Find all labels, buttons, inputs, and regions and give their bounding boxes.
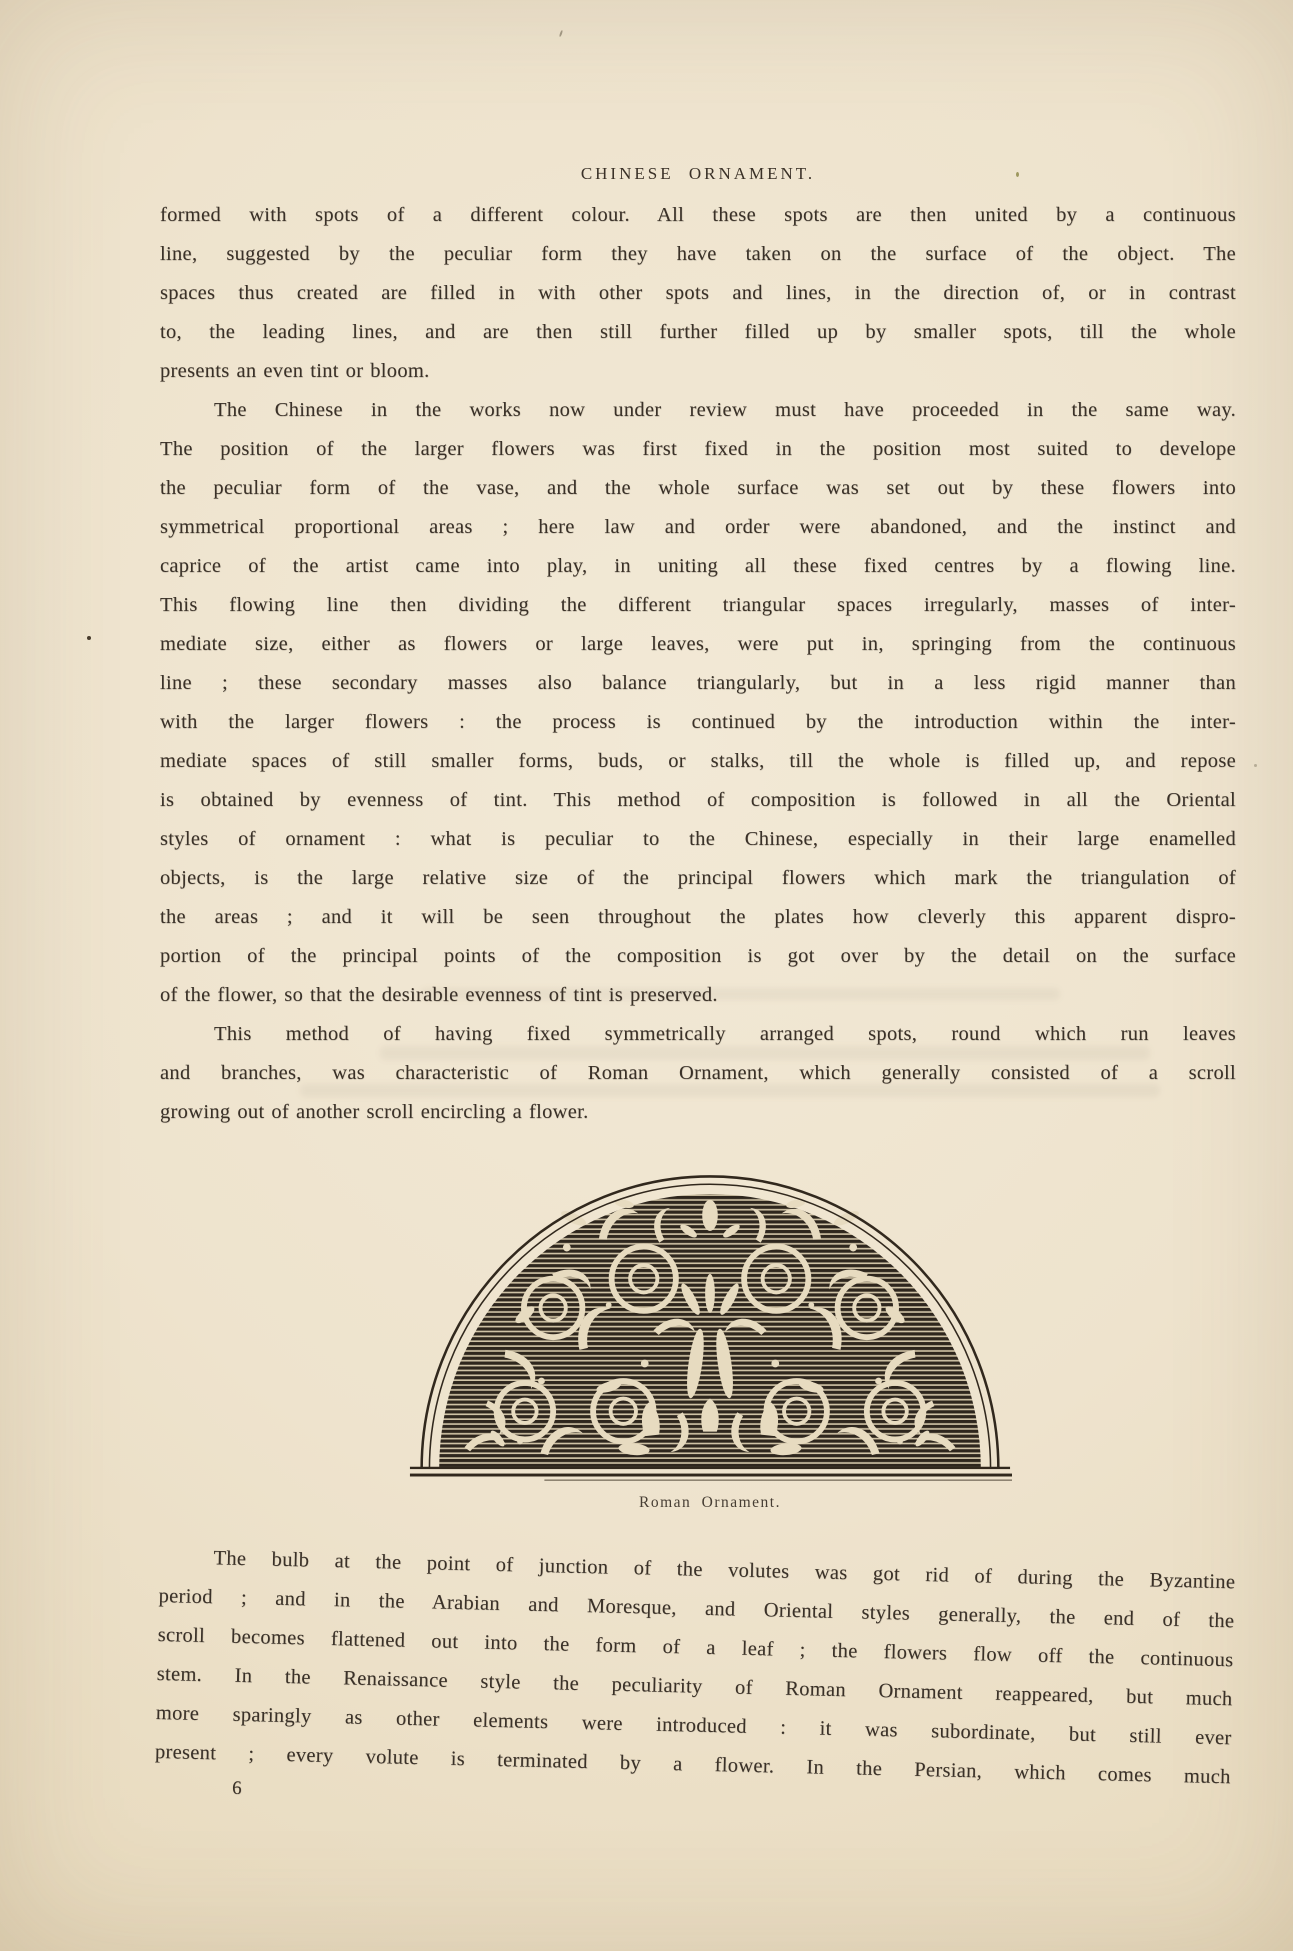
roman-ornament-figure bbox=[408, 1156, 1012, 1494]
text-line: spaces thus created are filled in with o… bbox=[160, 274, 1236, 313]
text-line: objects, is the large relative size of t… bbox=[160, 859, 1236, 898]
paper-speck bbox=[559, 30, 563, 37]
text-line: caprice of the artist came into play, in… bbox=[160, 547, 1236, 586]
text-line: presents an even tint or bloom. bbox=[160, 352, 1236, 391]
text-line: is obtained by evenness of tint. This me… bbox=[160, 781, 1236, 820]
figure-caption: Roman Ornament. bbox=[408, 1494, 1012, 1512]
text-column: formed with spots of a different colour.… bbox=[160, 196, 1236, 1132]
paper-speck bbox=[87, 636, 91, 640]
text-line: growing out of another scroll encircling… bbox=[160, 1093, 1236, 1132]
text-line: The position of the larger flowers was f… bbox=[160, 430, 1236, 469]
text-line: This method of having fixed symmetricall… bbox=[160, 1015, 1236, 1054]
paragraph: The bulb at the point of junction of the… bbox=[154, 1538, 1236, 1827]
paper-speck bbox=[1254, 764, 1257, 767]
text-line: line, suggested by the peculiar form the… bbox=[160, 235, 1236, 274]
paragraph: This method of having fixed symmetricall… bbox=[160, 1015, 1236, 1132]
paper-speck bbox=[1016, 172, 1019, 177]
text-line: The Chinese in the works now under revie… bbox=[160, 391, 1236, 430]
text-line: portion of the principal points of the c… bbox=[160, 937, 1236, 976]
text-line: formed with spots of a different colour.… bbox=[160, 196, 1236, 235]
text-line: styles of ornament : what is peculiar to… bbox=[160, 820, 1236, 859]
text-line: to, the leading lines, and are then stil… bbox=[160, 313, 1236, 352]
text-line: with the larger flowers : the process is… bbox=[160, 703, 1236, 742]
text-line: and branches, was characteristic of Roma… bbox=[160, 1054, 1236, 1093]
roman-ornament-engraving bbox=[408, 1156, 1012, 1494]
paragraph: formed with spots of a different colour.… bbox=[160, 196, 1236, 391]
text-line: symmetrical proportional areas ; here la… bbox=[160, 508, 1236, 547]
text-line: line ; these secondary masses also balan… bbox=[160, 664, 1236, 703]
paragraph: The Chinese in the works now under revie… bbox=[160, 391, 1236, 1015]
page-header: CHINESE ORNAMENT. bbox=[160, 164, 1236, 184]
text-line: This flowing line then dividing the diff… bbox=[160, 586, 1236, 625]
text-line: of the flower, so that the desirable eve… bbox=[160, 976, 1236, 1015]
book-page: CHINESE ORNAMENT. formed with spots of a… bbox=[0, 0, 1293, 1951]
text-line: mediate size, either as flowers or large… bbox=[160, 625, 1236, 664]
text-line: the areas ; and it will be seen througho… bbox=[160, 898, 1236, 937]
text-line: the peculiar form of the vase, and the w… bbox=[160, 469, 1236, 508]
text-line: mediate spaces of still smaller forms, b… bbox=[160, 742, 1236, 781]
